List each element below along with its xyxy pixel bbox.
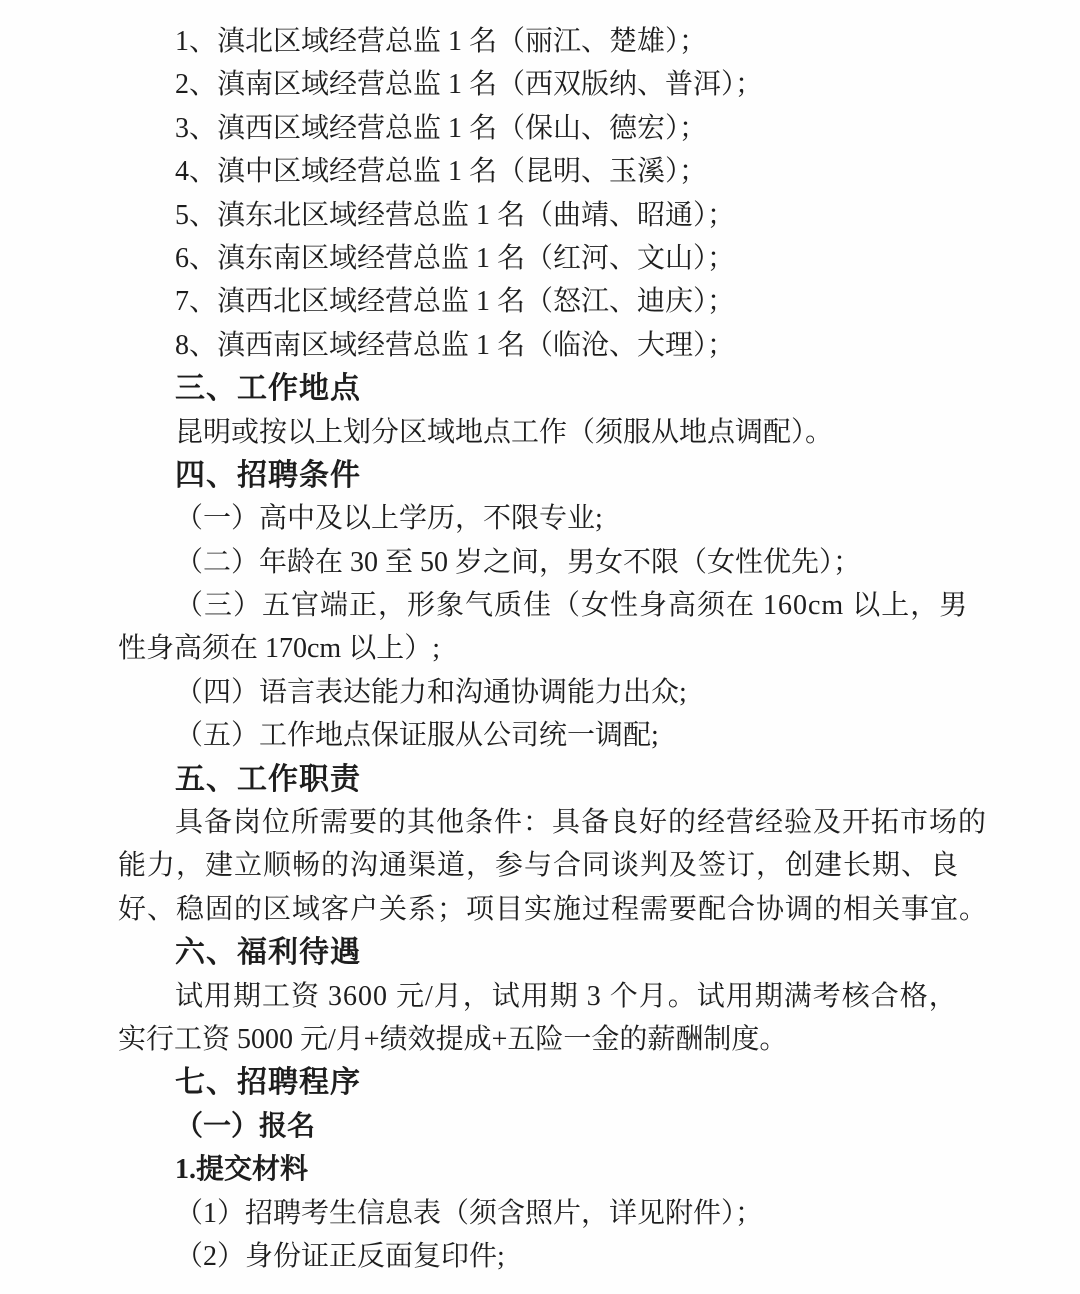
doc-line: （一）高中及以上学历，不限专业; <box>118 497 985 540</box>
doc-line: 4、滇中区域经营总监 1 名（昆明、玉溪）； <box>118 150 985 193</box>
doc-line: 具备岗位所需要的其他条件：具备良好的经营经验及开拓市场的 <box>118 801 985 844</box>
doc-line: 试用期工资 3600 元/月，试用期 3 个月。试用期满考核合格， <box>118 975 985 1018</box>
doc-line: 6、滇东南区域经营总监 1 名（红河、文山）； <box>118 237 985 280</box>
section-heading: 六、福利待遇 <box>118 931 985 974</box>
doc-line: 昆明或按以上划分区域地点工作（须服从地点调配）。 <box>118 411 985 454</box>
doc-line: （三）五官端正，形象气质佳（女性身高须在 160cm 以上，男 <box>118 584 985 627</box>
doc-line: （五）工作地点保证服从公司统一调配; <box>118 714 985 757</box>
doc-line: （二）年龄在 30 至 50 岁之间，男女不限（女性优先）； <box>118 541 985 584</box>
doc-line: 5、滇东北区域经营总监 1 名（曲靖、昭通）； <box>118 194 985 237</box>
doc-line: 能力，建立顺畅的沟通渠道，参与合同谈判及签订，创建长期、良 <box>118 844 985 887</box>
doc-line: （1）招聘考生信息表（须含照片，详见附件）； <box>118 1192 985 1235</box>
doc-line: 性身高须在 170cm 以上）; <box>118 627 985 670</box>
doc-line: 实行工资 5000 元/月+绩效提成+五险一金的薪酬制度。 <box>118 1018 985 1061</box>
doc-line: （一）报名 <box>118 1105 985 1148</box>
doc-line: 1.提交材料 <box>118 1148 985 1191</box>
document-page: 1、滇北区域经营总监 1 名（丽江、楚雄）；2、滇南区域经营总监 1 名（西双版… <box>0 0 1080 1294</box>
doc-line: 2、滇南区域经营总监 1 名（西双版纳、普洱）； <box>118 63 985 106</box>
doc-line: （四）语言表达能力和沟通协调能力出众; <box>118 671 985 714</box>
doc-line: 好、稳固的区域客户关系；项目实施过程需要配合协调的相关事宜。 <box>118 888 985 931</box>
doc-line: 3、滇西区域经营总监 1 名（保山、德宏）； <box>118 107 985 150</box>
doc-line: 7、滇西北区域经营总监 1 名（怒江、迪庆）； <box>118 280 985 323</box>
doc-line: 1、滇北区域经营总监 1 名（丽江、楚雄）； <box>118 20 985 63</box>
doc-line: （2）身份证正反面复印件; <box>118 1235 985 1278</box>
doc-line: 8、滇西南区域经营总监 1 名（临沧、大理）； <box>118 324 985 367</box>
section-heading: 三、工作地点 <box>118 367 985 410</box>
section-heading: 七、招聘程序 <box>118 1061 985 1104</box>
section-heading: 四、招聘条件 <box>118 454 985 497</box>
section-heading: 五、工作职责 <box>118 758 985 801</box>
